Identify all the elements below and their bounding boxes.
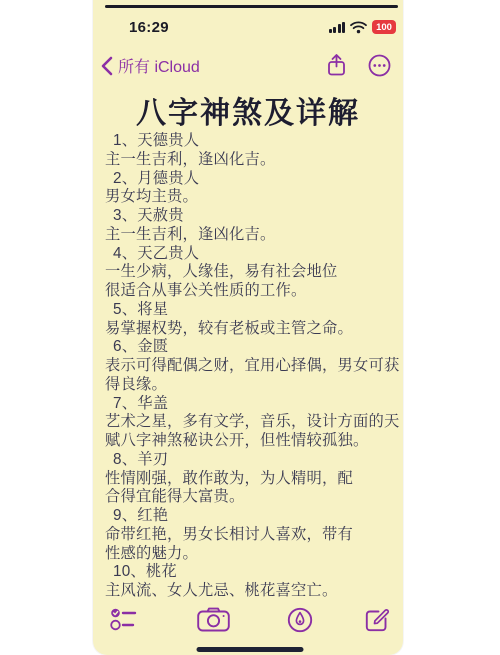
note-line: 4、天乙贵人 (105, 245, 395, 264)
note-line: 命带红艳，男女长相讨人喜欢，带有 (105, 526, 395, 545)
markup-icon[interactable] (287, 607, 313, 633)
more-ellipsis-icon[interactable] (368, 54, 391, 77)
note-line: 易掌握权势，较有老板或主管之命。 (105, 320, 395, 339)
top-divider (105, 5, 398, 8)
note-line: 合得宜能得大富贵。 (105, 488, 395, 507)
wifi-icon (350, 21, 367, 34)
compose-icon[interactable] (364, 607, 390, 633)
share-icon[interactable] (326, 53, 347, 77)
note-line: 5、将星 (105, 301, 395, 320)
note-line: 8、羊刃 (105, 451, 395, 470)
back-label: 所有 iCloud (118, 54, 200, 77)
battery-badge: 100 (372, 20, 396, 34)
bottom-toolbar (93, 603, 403, 637)
status-icons: 100 (329, 20, 397, 34)
note-line: 2、月德贵人 (105, 170, 395, 189)
note-line: 主一生吉利，逢凶化吉。 (105, 151, 395, 170)
page: 16:29 100 所有 iCloud (0, 0, 500, 655)
note-line: 性情刚强，敢作敢为，为人精明，配 (105, 470, 395, 489)
nav-actions (326, 53, 391, 77)
note-line: 表示可得配偶之财，宜用心择偶，男女可获 (105, 357, 395, 376)
note-line: 6、金匮 (105, 338, 395, 357)
cellular-signal-icon (329, 22, 346, 33)
home-indicator[interactable] (197, 647, 304, 652)
back-chevron-icon (101, 56, 113, 76)
note-line: 赋八字神煞秘诀公开，但性情较孤独。 (105, 432, 395, 451)
note-line: 很适合从事公关性质的工作。 (105, 282, 395, 301)
note-title: 八字神煞及详解 (93, 88, 403, 132)
note-line: 10、桃花 (105, 563, 395, 582)
note-line: 3、天赦贵 (105, 207, 395, 226)
note-line: 主一生吉利，逢凶化吉。 (105, 226, 395, 245)
nav-bar: 所有 iCloud (93, 52, 403, 82)
note-line: 得良缘。 (105, 376, 395, 395)
note-line: 主风流、女人尤忌、桃花喜空亡。 (105, 582, 395, 601)
clock: 16:29 (129, 19, 169, 36)
note-line: 9、红艳 (105, 507, 395, 526)
note-line: 男女均主贵。 (105, 188, 395, 207)
note-line: 性感的魅力。 (105, 545, 395, 564)
note-line: 7、华盖 (105, 395, 395, 414)
notes-app-screen: 16:29 100 所有 iCloud (93, 0, 403, 655)
status-bar: 16:29 100 (93, 18, 403, 38)
note-line: 一生少病，人缘佳，易有社会地位 (105, 263, 395, 282)
checklist-icon[interactable] (110, 607, 138, 632)
back-button[interactable]: 所有 iCloud (101, 54, 200, 77)
camera-icon[interactable] (197, 607, 230, 632)
note-body[interactable]: 1、天德贵人主一生吉利，逢凶化吉。2、月德贵人男女均主贵。3、天赦贵主一生吉利，… (105, 132, 395, 601)
note-line: 艺术之星，多有文学，音乐，设计方面的天 (105, 413, 395, 432)
note-line: 1、天德贵人 (105, 132, 395, 151)
